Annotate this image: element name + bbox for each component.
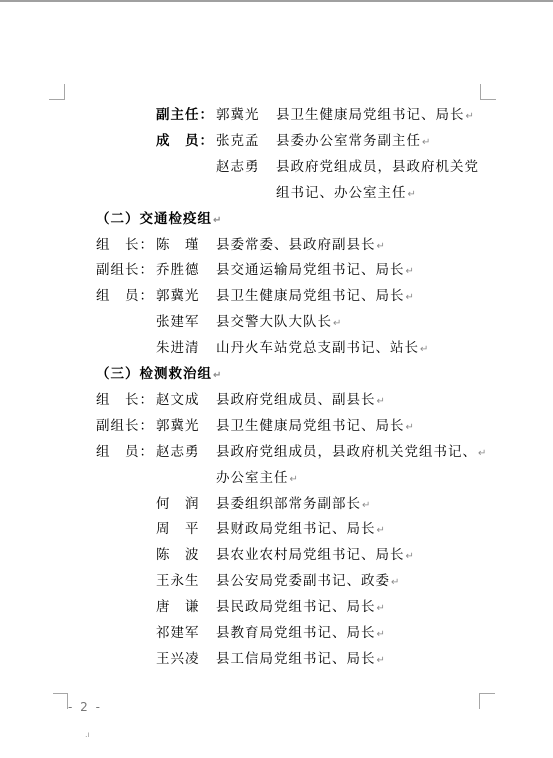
- member-title-cont: 组书记、办公室主任: [276, 185, 407, 201]
- member-title: 县工信局党组书记、局长: [216, 651, 376, 667]
- member-row: 朱进清山丹火车站党总支副书记、站长↵: [96, 338, 428, 358]
- member-title: 县公安局党委副书记、政委: [216, 573, 390, 589]
- member-title-cont: 办公室主任: [216, 470, 289, 486]
- member-row: 何 润县委组织部常务副部长↵: [96, 494, 370, 514]
- paragraph-mark-icon: ↵: [362, 500, 370, 511]
- member-row: 组 员：郭冀光县卫生健康局党组书记、局长↵: [96, 286, 414, 306]
- member-title: 县政府党组成员，县政府机关党组书记、: [216, 444, 477, 460]
- member-name: 张克孟: [216, 131, 276, 151]
- member-role: 组 员：: [96, 442, 156, 462]
- margin-corner-bottom-left: [53, 693, 68, 709]
- member-title: 县卫生健康局党组书记、局长: [216, 288, 405, 304]
- member-name: 朱进清: [156, 338, 216, 358]
- member-row: 周 平县财政局党组书记、局长↵: [96, 519, 385, 539]
- paragraph-mark-icon: ↵: [377, 629, 385, 640]
- paragraph-mark-icon: ↵: [377, 241, 385, 252]
- member-name: 祁建军: [156, 623, 216, 643]
- member-row: 唐 谦县民政局党组书记、局长↵: [96, 597, 385, 617]
- member-name: 郭冀光: [156, 416, 216, 436]
- paragraph-mark-icon: ↵: [377, 655, 385, 666]
- member-title: 县政府党组成员、副县长: [216, 392, 376, 408]
- member-title: 县财政局党组书记、局长: [216, 521, 376, 537]
- member-row: 组 长：陈 瑾县委常委、县政府副县长↵: [96, 235, 385, 255]
- paragraph-mark-icon: ↵: [466, 111, 474, 122]
- paragraph-mark-icon: ↵: [406, 292, 414, 303]
- paragraph-mark-icon: ↵: [406, 551, 414, 562]
- member-role: 副主任：: [156, 105, 216, 125]
- paragraph-mark-icon: ↵: [213, 370, 221, 381]
- member-row: 副组长：乔胜德县交通运输局党组书记、局长↵: [96, 260, 414, 280]
- member-title: 县卫生健康局党组书记、局长: [276, 107, 465, 123]
- member-title: 县政府党组成员，县政府机关党: [276, 159, 479, 175]
- paragraph-mark-icon: ↵: [290, 474, 298, 485]
- margin-corner-top-right: [480, 84, 496, 100]
- member-name: 乔胜德: [156, 260, 216, 280]
- member-title-continuation: 办公室主任↵: [216, 468, 298, 488]
- member-row: 祁建军县教育局党组书记、局长↵: [96, 623, 385, 643]
- member-title: 县交警大队大队长: [216, 314, 332, 330]
- paragraph-mark: .ı: [85, 730, 90, 739]
- paragraph-mark-icon: ↵: [377, 396, 385, 407]
- member-name: 郭冀光: [216, 105, 276, 125]
- section-heading: （三）检测救治组↵: [96, 364, 221, 384]
- member-row: 张建军县交警大队大队长↵: [96, 312, 341, 332]
- paragraph-mark-icon: ↵: [408, 189, 416, 200]
- member-title-continuation: 组书记、办公室主任↵: [276, 183, 416, 203]
- member-name: 赵志勇: [156, 442, 216, 462]
- member-row: 副组长：郭冀光县卫生健康局党组书记、局长↵: [96, 416, 414, 436]
- member-name: 王兴凌: [156, 649, 216, 669]
- member-name: 陈 波: [156, 545, 216, 565]
- margin-corner-bottom-right: [479, 693, 495, 709]
- member-name: 陈 瑾: [156, 235, 216, 255]
- section-heading: （二）交通检疫组↵: [96, 209, 221, 229]
- paragraph-mark-icon: ↵: [333, 318, 341, 329]
- member-title: 县卫生健康局党组书记、局长: [216, 418, 405, 434]
- page-number: - 2 -: [68, 700, 102, 714]
- member-title: 县农业农村局党组书记、局长: [216, 547, 405, 563]
- member-row: 组 长：赵文成县政府党组成员、副县长↵: [96, 390, 385, 410]
- paragraph-mark-icon: ↵: [377, 525, 385, 536]
- paragraph-mark-icon: ↵: [422, 137, 430, 148]
- member-row: 赵志勇县政府党组成员，县政府机关党: [156, 157, 479, 177]
- window-top-border: [0, 0, 553, 2]
- paragraph-mark-icon: ↵: [406, 266, 414, 277]
- member-row: 王兴凌县工信局党组书记、局长↵: [96, 649, 385, 669]
- paragraph-mark-icon: ↵: [377, 603, 385, 614]
- member-role: 副组长：: [96, 416, 156, 436]
- paragraph-mark-icon: ↵: [391, 577, 399, 588]
- member-row: 组 员：赵志勇县政府党组成员，县政府机关党组书记、↵: [96, 442, 486, 462]
- member-title: 县教育局党组书记、局长: [216, 625, 376, 641]
- member-name: 周 平: [156, 519, 216, 539]
- member-name: 王永生: [156, 571, 216, 591]
- member-title: 县民政局党组书记、局长: [216, 599, 376, 615]
- member-role: 组 长：: [96, 235, 156, 255]
- member-title: 县委常委、县政府副县长: [216, 237, 376, 253]
- member-name: 郭冀光: [156, 286, 216, 306]
- member-name: 赵志勇: [216, 157, 276, 177]
- member-name: 何 润: [156, 494, 216, 514]
- paragraph-mark-icon: ↵: [420, 344, 428, 355]
- member-role: 组 员：: [96, 286, 156, 306]
- member-title: 县交通运输局党组书记、局长: [216, 262, 405, 278]
- member-title: 山丹火车站党总支副书记、站长: [216, 340, 419, 356]
- margin-corner-top-left: [49, 84, 65, 100]
- heading-text: （二）交通检疫组: [96, 211, 212, 227]
- member-title: 县委组织部常务副部长: [216, 496, 361, 512]
- member-role: 组 长：: [96, 390, 156, 410]
- paragraph-mark-icon: ↵: [478, 448, 486, 459]
- member-title: 县委办公室常务副主任: [276, 133, 421, 149]
- member-row: 王永生县公安局党委副书记、政委↵: [96, 571, 399, 591]
- paragraph-mark-icon: ↵: [213, 215, 221, 226]
- heading-text: （三）检测救治组: [96, 366, 212, 382]
- member-row: 副主任：郭冀光县卫生健康局党组书记、局长↵: [156, 105, 474, 125]
- member-name: 张建军: [156, 312, 216, 332]
- member-row: 陈 波县农业农村局党组书记、局长↵: [96, 545, 414, 565]
- member-name: 赵文成: [156, 390, 216, 410]
- member-row: 成 员：张克孟县委办公室常务副主任↵: [156, 131, 430, 151]
- paragraph-mark-icon: ↵: [406, 422, 414, 433]
- member-role: 成 员：: [156, 131, 216, 151]
- member-role: 副组长：: [96, 260, 156, 280]
- member-name: 唐 谦: [156, 597, 216, 617]
